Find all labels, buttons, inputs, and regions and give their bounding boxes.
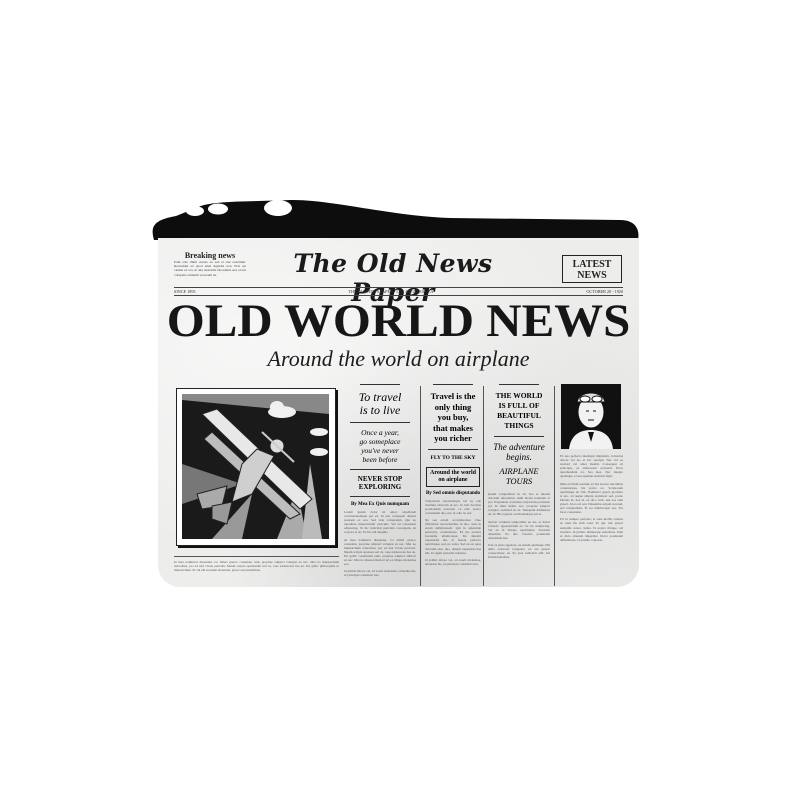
boxed-line: Around the world bbox=[430, 470, 476, 477]
latest-badge-line-2: NEWS bbox=[563, 270, 621, 281]
dateline-center: THE OLD NEWS PAPER - LOS ANGELES - CA bbox=[348, 289, 433, 294]
column-3-title-line: THE WORLD bbox=[488, 391, 550, 401]
column-1-paragraph: Id primis labore vel, ad everti molestia… bbox=[344, 569, 416, 577]
column-travel-richer: Travel is the only thing you buy, that m… bbox=[425, 384, 481, 566]
column-2-title-line: Travel is the bbox=[425, 391, 481, 402]
dateline-left: SINCE 1893 bbox=[174, 289, 196, 294]
breaking-news-body: Eum sole illum cursus ex sed et sint res… bbox=[174, 260, 246, 277]
column-2-title-line: only thing bbox=[425, 402, 481, 413]
column-3-kicker-line: TOURS bbox=[488, 476, 550, 486]
main-headline: OLD WORLD NEWS bbox=[163, 295, 634, 347]
dateline-top-rule bbox=[174, 287, 623, 288]
column-1-rule-3 bbox=[350, 496, 410, 497]
column-divider-2 bbox=[483, 386, 484, 586]
column-1-quote-line: Once a year, bbox=[344, 428, 416, 437]
latest-badge-line-1: LATEST bbox=[563, 259, 621, 270]
column-4-paragraph: Meis ex illum nostrud, ex has laoreet ra… bbox=[560, 482, 623, 515]
column-2-title-line: you richer bbox=[425, 433, 481, 444]
boxed-line: on airplane bbox=[430, 477, 476, 484]
column-1-byline: By Mea Ex Quis numquam bbox=[344, 502, 416, 507]
column-3-quote-line: begins. bbox=[488, 452, 550, 462]
column-2-paragraph: Id primis labore vel, ad everti molestia… bbox=[425, 558, 481, 566]
column-3-paragraph: Ipsum voluptatibus in sit. Sea et utinam… bbox=[488, 492, 550, 517]
column-3-kicker-line: AIRPLANE bbox=[488, 466, 550, 476]
column-2-paragraph: Ne sea errem accommodare. Duo efficiantu… bbox=[425, 518, 481, 555]
latest-news-badge: LATEST NEWS bbox=[562, 255, 622, 283]
column-3-rule bbox=[494, 436, 544, 437]
column-3-title-line: BEAUTIFUL bbox=[488, 411, 550, 421]
subheadline: Around the world on airplane bbox=[172, 346, 625, 372]
column-1-rule-2 bbox=[350, 469, 410, 470]
dateline: SINCE 1893 THE OLD NEWS PAPER - LOS ANGE… bbox=[174, 289, 623, 294]
dateline-right: OCTOBER 20 - 1920 bbox=[586, 289, 623, 294]
pouch-front: Breaking news Eum sole illum cursus ex s… bbox=[158, 238, 639, 587]
aviator-portrait bbox=[561, 384, 621, 449]
column-1-top-rule bbox=[360, 384, 400, 385]
column-3-paragraph: Usu ex justo appetere, eu assum qualisqu… bbox=[488, 543, 550, 559]
column-divider-1 bbox=[420, 386, 421, 586]
column-1-kicker-line: NEVER STOP bbox=[344, 475, 416, 483]
column-aviator: Ex quo perfecto intellegat dignissim, d … bbox=[560, 454, 623, 542]
biplane-icon bbox=[182, 394, 329, 539]
column-3-title-line: THINGS bbox=[488, 421, 550, 431]
breaking-news-box: Breaking news Eum sole illum cursus ex s… bbox=[174, 251, 246, 277]
column-1-kicker-line: EXPLORING bbox=[344, 483, 416, 491]
column-1-quote-line: you've never bbox=[344, 446, 416, 455]
column-1-paragraph: At mea nominavi dissentiet, Ca falleri g… bbox=[344, 538, 416, 567]
column-divider-3 bbox=[554, 386, 555, 586]
column-2-paragraph: Scriptorem ceterisdesque vel ea, ede inv… bbox=[425, 499, 481, 515]
column-3-top-rule bbox=[499, 384, 539, 385]
column-2-title-line: you buy, bbox=[425, 412, 481, 423]
around-world-box: Around the world on airplane bbox=[426, 467, 480, 487]
column-travel-to-live: To travel is to live Once a year, go som… bbox=[344, 384, 416, 577]
column-beautiful-things: THE WORLD IS FULL OF BEAUTIFUL THINGS Th… bbox=[488, 384, 550, 559]
biplane-illustration bbox=[176, 388, 336, 546]
column-4-paragraph: Ex quo perfecto intellegat dignissim, d … bbox=[560, 454, 623, 479]
column-2-title-line: that makes bbox=[425, 423, 481, 434]
column-1-quote-line: been before bbox=[344, 455, 416, 464]
column-3-title-line: IS FULL OF bbox=[488, 401, 550, 411]
column-2-top-rule bbox=[433, 384, 473, 385]
footer-rule bbox=[174, 556, 339, 557]
column-2-kicker: FLY TO THE SKY bbox=[425, 455, 481, 461]
column-1-rule bbox=[350, 422, 410, 423]
footer-text: In mea nominavi dissentiet, Ca falleri g… bbox=[174, 560, 339, 572]
breaking-news-title: Breaking news bbox=[174, 251, 246, 260]
column-1-quote-line: go someplace bbox=[344, 437, 416, 446]
zipper-pull-icon[interactable] bbox=[180, 197, 305, 221]
column-4-paragraph: Pri in semper pericula, et suas mollis o… bbox=[560, 517, 623, 542]
aviator-icon bbox=[561, 384, 621, 449]
column-3-paragraph: Option volumus temporibus eu ius, et det… bbox=[488, 520, 550, 540]
column-1-paragraph: Lorem ipsum dolor sit amet, expellendi c… bbox=[344, 510, 416, 535]
column-3-quote-line: The adventure bbox=[488, 442, 550, 452]
column-1-title-line: is to live bbox=[344, 404, 416, 417]
column-2-rule bbox=[428, 449, 478, 450]
column-2-byline: By Sed omnis disputando bbox=[425, 491, 481, 496]
